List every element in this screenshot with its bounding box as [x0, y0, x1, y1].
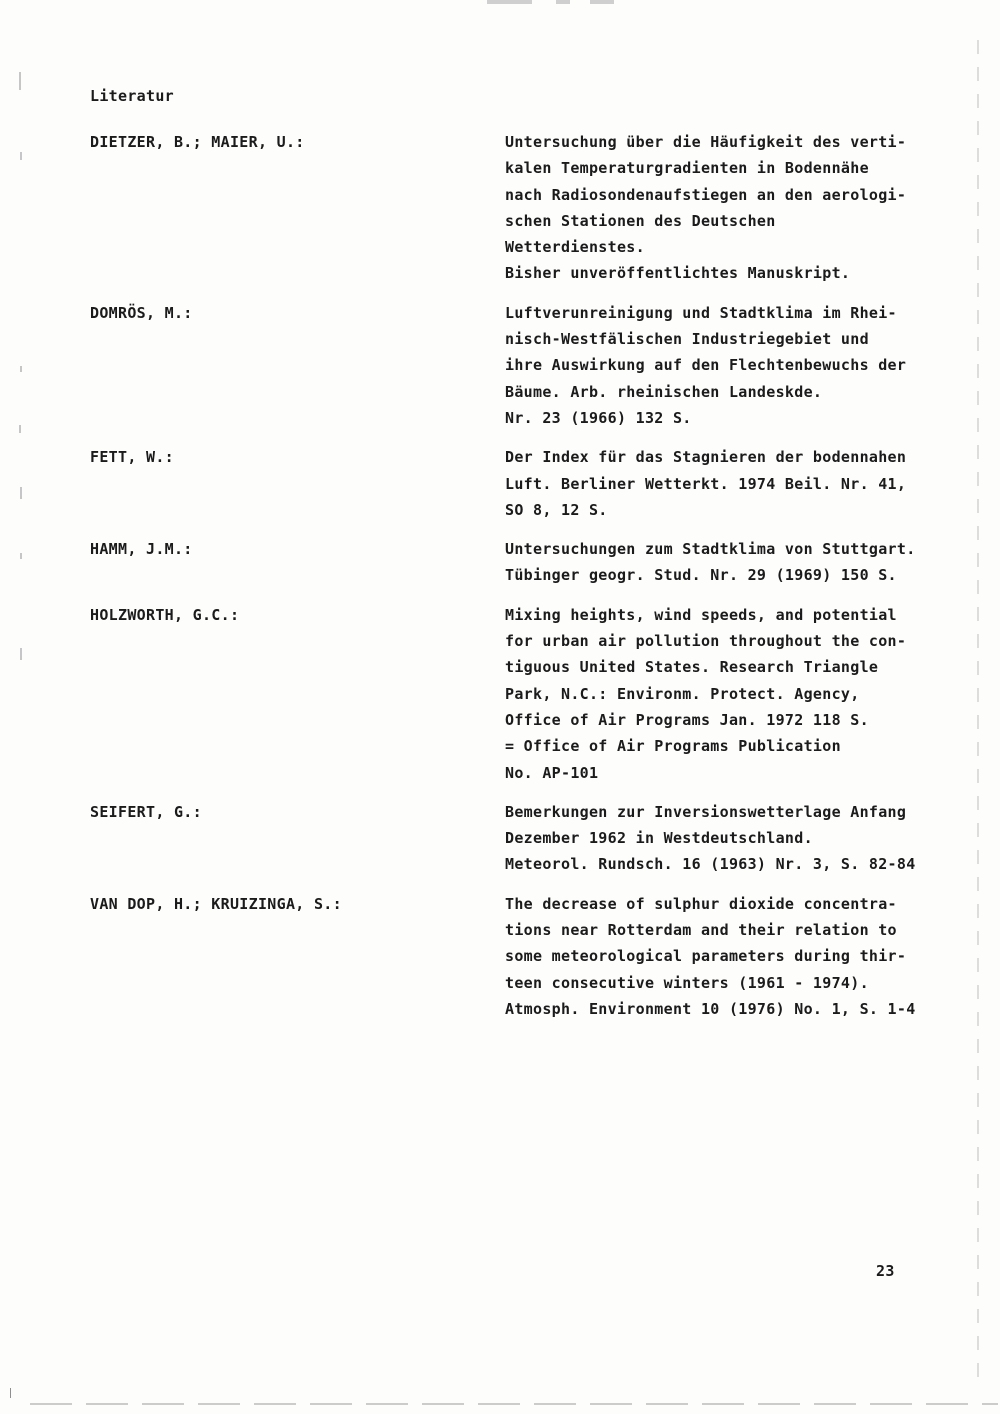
- scan-mark-top: [487, 0, 532, 4]
- bibliography-entry: VAN DOP, H.; KRUIZINGA, S.: The decrease…: [90, 891, 920, 1022]
- entry-citation: Luftverunreinigung und Stadtklima im Rhe…: [505, 300, 920, 431]
- scan-edge-line-right: [977, 40, 979, 1390]
- entry-author: HAMM, J.M.:: [90, 536, 505, 589]
- scan-edge-line-bottom: [30, 1403, 998, 1405]
- entry-author: FETT, W.:: [90, 444, 505, 523]
- bibliography-entry: HAMM, J.M.: Untersuchungen zum Stadtklim…: [90, 536, 920, 589]
- entry-author: VAN DOP, H.; KRUIZINGA, S.:: [90, 891, 505, 1022]
- scan-mark-top: [590, 0, 614, 4]
- scanned-document-page: Literatur DIETZER, B.; MAIER, U.: Unters…: [0, 0, 1000, 1414]
- page-title: Literatur: [90, 83, 920, 109]
- entry-citation: Bemerkungen zur Inversionswetterlage Anf…: [505, 799, 920, 878]
- entry-author: HOLZWORTH, G.C.:: [90, 602, 505, 786]
- entry-author: DIETZER, B.; MAIER, U.:: [90, 129, 505, 287]
- scan-mark-left: [20, 487, 22, 499]
- scan-mark-left: [20, 152, 22, 160]
- scan-mark-left: [20, 648, 22, 660]
- scan-mark-left: [20, 553, 22, 559]
- scan-mark-left: [19, 425, 21, 433]
- bibliography-entry: DIETZER, B.; MAIER, U.: Untersuchung übe…: [90, 129, 920, 287]
- entry-citation: Mixing heights, wind speeds, and potenti…: [505, 602, 920, 786]
- bibliography-entry: FETT, W.: Der Index für das Stagnieren d…: [90, 444, 920, 523]
- bibliography: Literatur DIETZER, B.; MAIER, U.: Unters…: [90, 83, 920, 1035]
- entry-citation: Untersuchung über die Häufigkeit des ver…: [505, 129, 920, 287]
- bibliography-entry: DOMRÖS, M.: Luftverunreinigung und Stadt…: [90, 300, 920, 431]
- entry-citation: Der Index für das Stagnieren der bodenna…: [505, 444, 920, 523]
- entry-author: DOMRÖS, M.:: [90, 300, 505, 431]
- entry-author: SEIFERT, G.:: [90, 799, 505, 878]
- bibliography-entry: SEIFERT, G.: Bemerkungen zur Inversionsw…: [90, 799, 920, 878]
- scan-mark-top: [556, 0, 570, 4]
- bibliography-entry: HOLZWORTH, G.C.: Mixing heights, wind sp…: [90, 602, 920, 786]
- scan-mark-left: [10, 1388, 11, 1398]
- entry-citation: The decrease of sulphur dioxide concentr…: [505, 891, 920, 1022]
- page-number: 23: [876, 1258, 895, 1284]
- scan-mark-left: [20, 366, 22, 372]
- entry-citation: Untersuchungen zum Stadtklima von Stuttg…: [505, 536, 920, 589]
- scan-mark-left: [19, 72, 21, 90]
